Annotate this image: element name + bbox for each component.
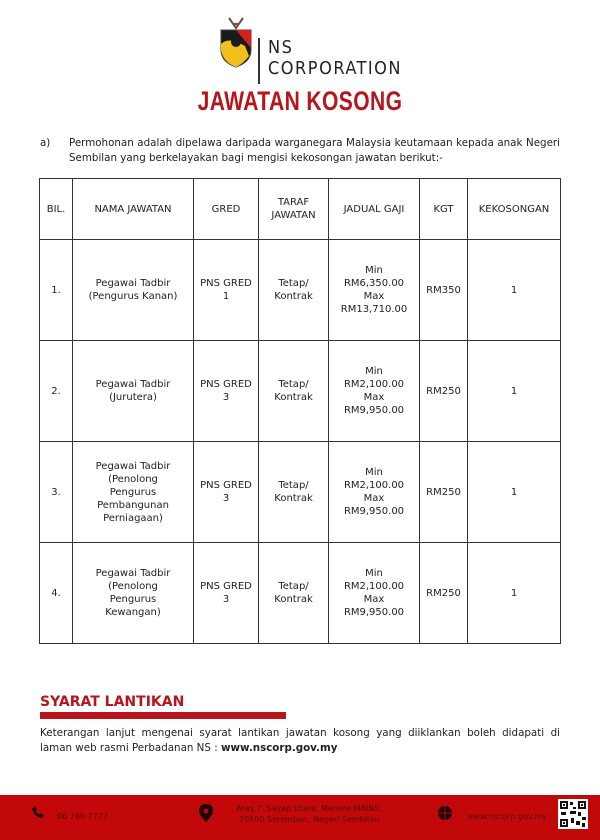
taraf-cell: Tetap/ Kontrak <box>259 543 329 644</box>
gred: PNS GRED 3 <box>198 580 254 606</box>
phone-number[interactable]: 06 760 7777 <box>57 811 108 822</box>
gaji-max: RM13,710.00 <box>331 303 417 316</box>
gred-cell: PNS GRED 3 <box>194 543 259 644</box>
nama-jawatan-cell: Pegawai Tadbir (Penolong Pengurus Kewang… <box>73 543 194 644</box>
kgt-cell: RM350 <box>420 240 468 341</box>
kekosongan: 1 <box>470 587 558 600</box>
gred: PNS GRED 3 <box>198 479 254 505</box>
bil: 1. <box>42 284 70 297</box>
table-row: 3.Pegawai Tadbir (Penolong Pengurus Pemb… <box>40 442 561 543</box>
website-link[interactable]: www.nscorp.gov.my <box>221 742 337 754</box>
kekosongan-cell: 1 <box>468 442 561 543</box>
col-taraf-jawatan-header: TARAF JAWATAN <box>259 179 329 240</box>
gaji-max-label: Max <box>331 492 417 505</box>
gaji-max: RM9,950.00 <box>331 404 417 417</box>
nama: Pegawai Tadbir (Jurutera) <box>85 378 181 404</box>
kgt-cell: RM250 <box>420 543 468 644</box>
taraf-cell: Tetap/ Kontrak <box>259 442 329 543</box>
col-gred-header: GRED <box>194 179 259 240</box>
divider <box>258 38 260 84</box>
brand-line-2: CORPORATION <box>268 58 402 79</box>
kekosongan: 1 <box>470 284 558 297</box>
gaji-min-label: Min <box>331 365 417 378</box>
nama: Pegawai Tadbir (Penolong Pengurus Pemban… <box>85 460 181 525</box>
bil: 2. <box>42 385 70 398</box>
nama-jawatan-cell: Pegawai Tadbir (Jurutera) <box>73 341 194 442</box>
nama-jawatan-cell: Pegawai Tadbir (Penolong Pengurus Pemban… <box>73 442 194 543</box>
kgt: RM250 <box>422 587 465 600</box>
col-kekosongan-header: KEKOSONGAN <box>468 179 561 240</box>
gred-cell: PNS GRED 1 <box>194 240 259 341</box>
gaji-min: RM2,100.00 <box>331 580 417 593</box>
intro-paragraph: a) Permohonan adalah dipelawa daripada w… <box>40 136 560 166</box>
jadual-gaji-cell: MinRM6,350.00MaxRM13,710.00 <box>329 240 420 341</box>
vacancy-table: BIL.NAMA JAWATANGREDTARAF JAWATANJADUAL … <box>39 178 561 644</box>
taraf-cell: Tetap/ Kontrak <box>259 341 329 442</box>
kekosongan-cell: 1 <box>468 240 561 341</box>
section-heading: SYARAT LANTIKAN <box>40 694 184 710</box>
page-title: JAWATAN KOSONG <box>66 86 534 117</box>
bil: 4. <box>42 587 70 600</box>
gaji-min-label: Min <box>331 264 417 277</box>
col-bil-header: BIL. <box>40 179 73 240</box>
table-row: 1.Pegawai Tadbir (Pengurus Kanan)PNS GRE… <box>40 240 561 341</box>
section-underline <box>40 712 286 719</box>
gaji-min: RM6,350.00 <box>331 277 417 290</box>
brand-line-1: NS <box>268 37 402 58</box>
col-jadual-gaji-header: JADUAL GAJI <box>329 179 420 240</box>
kgt: RM250 <box>422 486 465 499</box>
gaji-min-label: Min <box>331 466 417 479</box>
gaji-max-label: Max <box>331 593 417 606</box>
table-header-row: BIL.NAMA JAWATANGREDTARAF JAWATANJADUAL … <box>40 179 561 240</box>
taraf-cell: Tetap/ Kontrak <box>259 240 329 341</box>
taraf: Tetap/ Kontrak <box>273 479 314 505</box>
table-row: 2.Pegawai Tadbir (Jurutera)PNS GRED 3Tet… <box>40 341 561 442</box>
intro-label: a) <box>40 136 50 151</box>
table-row: 4.Pegawai Tadbir (Penolong Pengurus Kewa… <box>40 543 561 644</box>
qr-code-icon[interactable] <box>558 799 588 829</box>
kekosongan: 1 <box>470 486 558 499</box>
gaji-max-label: Max <box>331 290 417 303</box>
bil-cell: 2. <box>40 341 73 442</box>
gaji-max: RM9,950.00 <box>331 606 417 619</box>
bil-cell: 4. <box>40 543 73 644</box>
gred: PNS GRED 3 <box>198 378 254 404</box>
jadual-gaji-cell: MinRM2,100.00MaxRM9,950.00 <box>329 341 420 442</box>
brand-name: NS CORPORATION <box>268 37 402 79</box>
kgt: RM350 <box>422 284 465 297</box>
gaji-max: RM9,950.00 <box>331 505 417 518</box>
gaji-min: RM2,100.00 <box>331 479 417 492</box>
kekosongan: 1 <box>470 385 558 398</box>
intro-text: Permohonan adalah dipelawa daripada warg… <box>69 136 560 166</box>
ns-crest-logo-icon <box>219 16 253 68</box>
taraf: Tetap/ Kontrak <box>273 277 314 303</box>
col-kgt-header: KGT <box>420 179 468 240</box>
kekosongan-cell: 1 <box>468 543 561 644</box>
globe-icon <box>438 806 452 820</box>
kekosongan-cell: 1 <box>468 341 561 442</box>
syarat-note: Keterangan lanjut mengenai syarat lantik… <box>40 726 560 756</box>
footer: 06 760 7777 Aras 7, Sayap Utara, Menara … <box>0 795 600 840</box>
kgt: RM250 <box>422 385 465 398</box>
gred-cell: PNS GRED 3 <box>194 341 259 442</box>
bil: 3. <box>42 486 70 499</box>
nama: Pegawai Tadbir (Pengurus Kanan) <box>85 277 181 303</box>
gaji-min-label: Min <box>331 567 417 580</box>
header: NS CORPORATION <box>0 14 600 74</box>
taraf: Tetap/ Kontrak <box>273 580 314 606</box>
kgt-cell: RM250 <box>420 341 468 442</box>
taraf: Tetap/ Kontrak <box>273 378 314 404</box>
nama-jawatan-cell: Pegawai Tadbir (Pengurus Kanan) <box>73 240 194 341</box>
nama: Pegawai Tadbir (Penolong Pengurus Kewang… <box>85 567 181 619</box>
gaji-min: RM2,100.00 <box>331 378 417 391</box>
gred-cell: PNS GRED 3 <box>194 442 259 543</box>
address-line-2: 70100 Seremban, Negeri Sembilan <box>236 814 382 825</box>
bil-cell: 1. <box>40 240 73 341</box>
map-pin-icon <box>199 804 213 824</box>
col-nama-jawatan-header: NAMA JAWATAN <box>73 179 194 240</box>
gred: PNS GRED 1 <box>198 277 254 303</box>
footer-website[interactable]: www.nscorp.gov.my <box>467 811 547 822</box>
phone-icon <box>31 805 45 819</box>
address: Aras 7, Sayap Utara, Menara MAINS, 70100… <box>236 803 382 825</box>
bil-cell: 3. <box>40 442 73 543</box>
jadual-gaji-cell: MinRM2,100.00MaxRM9,950.00 <box>329 543 420 644</box>
jadual-gaji-cell: MinRM2,100.00MaxRM9,950.00 <box>329 442 420 543</box>
address-line-1: Aras 7, Sayap Utara, Menara MAINS, <box>236 803 382 814</box>
gaji-max-label: Max <box>331 391 417 404</box>
kgt-cell: RM250 <box>420 442 468 543</box>
